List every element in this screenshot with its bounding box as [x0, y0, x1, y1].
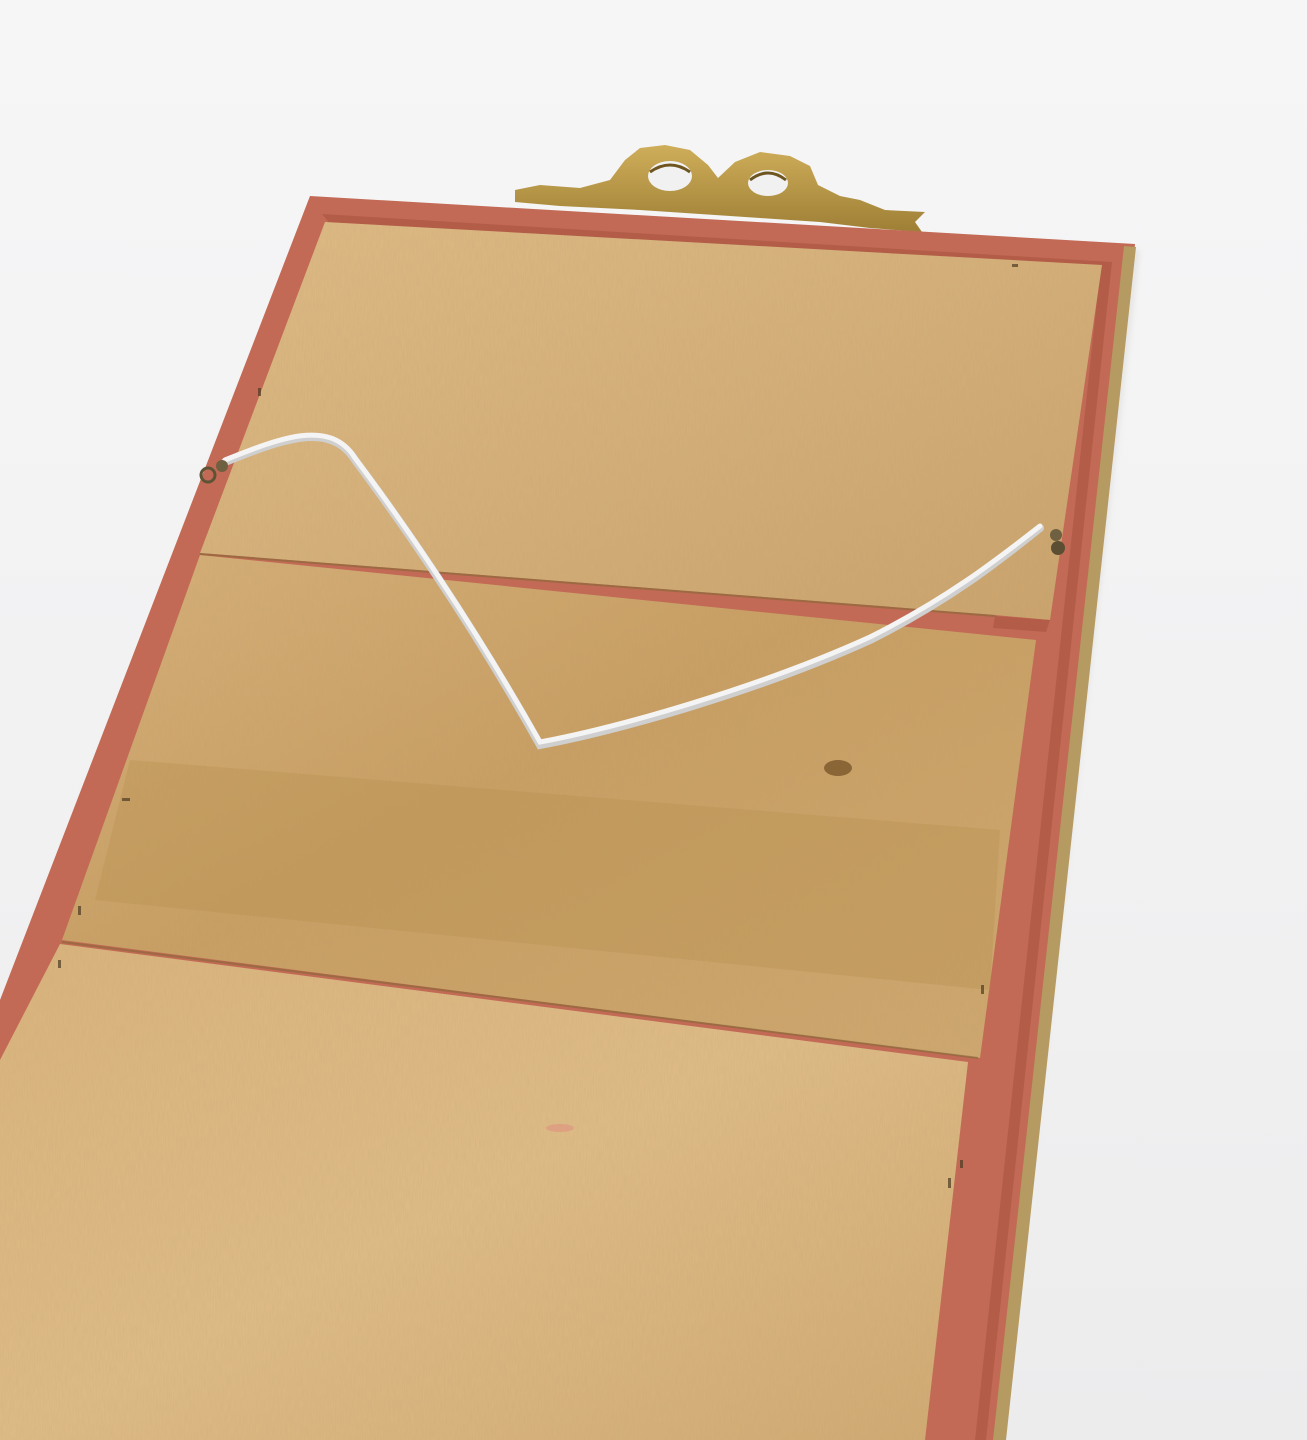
photo-scene — [0, 0, 1307, 1440]
top-board — [200, 222, 1102, 620]
